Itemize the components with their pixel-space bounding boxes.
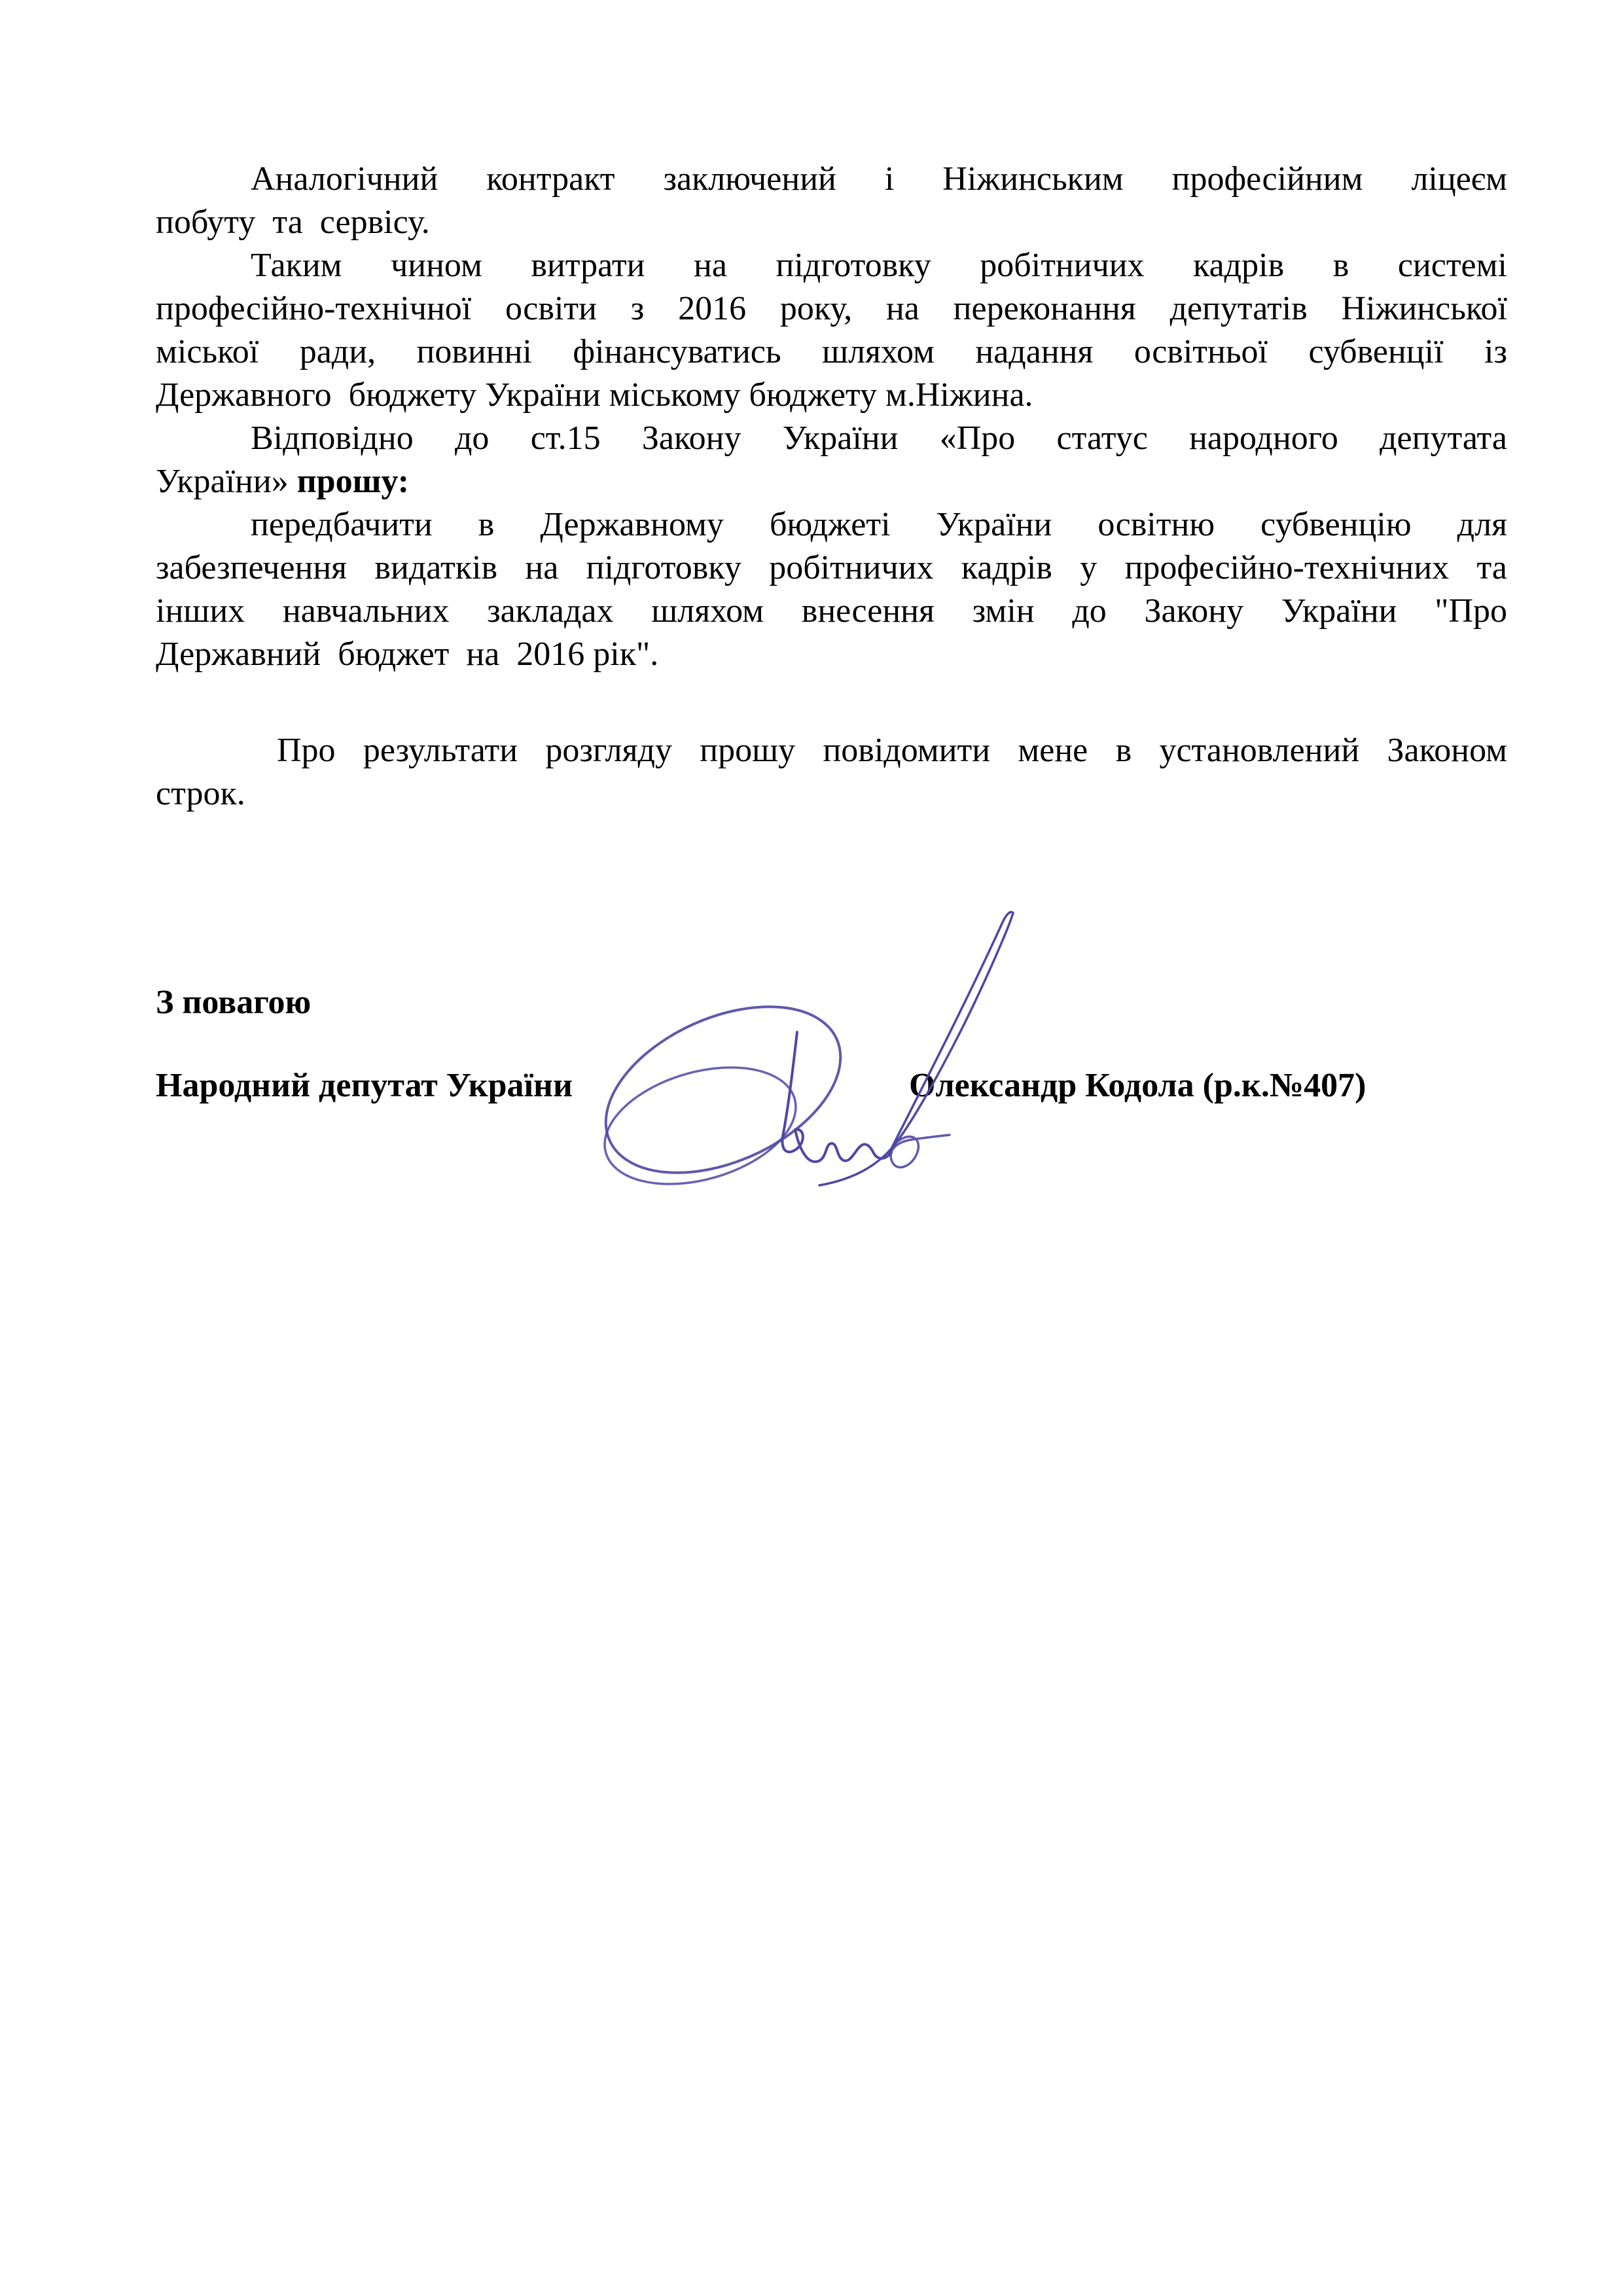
text-segment-bold: прошу: — [297, 463, 409, 500]
text-line: строк. — [156, 772, 1507, 816]
signer-name: Олександр Кодола (р.к.№407) — [909, 1064, 1366, 1107]
text-segment: Аналогічний контракт заключений і Ніжинс… — [251, 160, 1507, 198]
text-line: Державний бюджет на 2016 рік". — [156, 633, 1507, 676]
text-segment: передбачити в Державному бюджеті України… — [251, 506, 1507, 543]
text-segment: міської ради, повинні фінансуватись шлях… — [156, 333, 1507, 370]
signature-row: Народний депутат України Олександр Кодол… — [156, 1064, 1507, 1107]
regards-line: З повагою — [156, 981, 1507, 1024]
text-line: Таким чином витрати на підготовку робітн… — [156, 244, 1507, 287]
text-segment: України» — [156, 463, 297, 500]
text-line: інших навчальних закладах шляхом внесенн… — [156, 590, 1507, 633]
text-segment: Таким чином витрати на підготовку робітн… — [251, 247, 1507, 284]
scanned-letter-page: Аналогічний контракт заключений і Ніжинс… — [0, 0, 1623, 2296]
signature-strokes — [589, 912, 1013, 1204]
regards-text: З повагою — [156, 984, 311, 1021]
text-line: України» прошу: — [156, 460, 1507, 503]
text-line: міської ради, повинні фінансуватись шлях… — [156, 331, 1507, 374]
body-text-block: Аналогічний контракт заключений і Ніжинс… — [156, 158, 1507, 676]
text-line: Державного бюджету України міському бюдж… — [156, 374, 1507, 417]
text-segment: Відповідно до ст.15 Закону України «Про … — [251, 420, 1507, 457]
text-line: побуту та сервісу. — [156, 201, 1507, 244]
text-line: передбачити в Державному бюджеті України… — [156, 503, 1507, 547]
text-line: Про результати розгляду прошу повідомити… — [156, 729, 1507, 772]
text-segment: Державний бюджет на 2016 рік". — [156, 636, 658, 673]
text-segment: інших навчальних закладах шляхом внесенн… — [156, 592, 1507, 630]
text-line: Аналогічний контракт заключений і Ніжинс… — [156, 158, 1507, 201]
text-segment: строк. — [156, 775, 245, 812]
request-result-paragraph: Про результати розгляду прошу повідомити… — [156, 729, 1507, 816]
position-title: Народний депутат України — [156, 1067, 573, 1104]
text-segment: Про результати розгляду прошу повідомити… — [277, 732, 1507, 769]
text-segment: професійно-технічної освіти з 2016 року,… — [156, 290, 1507, 327]
text-line: забезпечення видатків на підготовку робі… — [156, 547, 1507, 590]
text-line: професійно-технічної освіти з 2016 року,… — [156, 287, 1507, 331]
text-segment: Державного бюджету України міському бюдж… — [156, 376, 1033, 414]
text-segment: забезпечення видатків на підготовку робі… — [156, 549, 1507, 586]
text-line: Відповідно до ст.15 Закону України «Про … — [156, 417, 1507, 460]
text-segment: побуту та сервісу. — [156, 204, 430, 241]
signature-image — [589, 848, 1021, 1204]
